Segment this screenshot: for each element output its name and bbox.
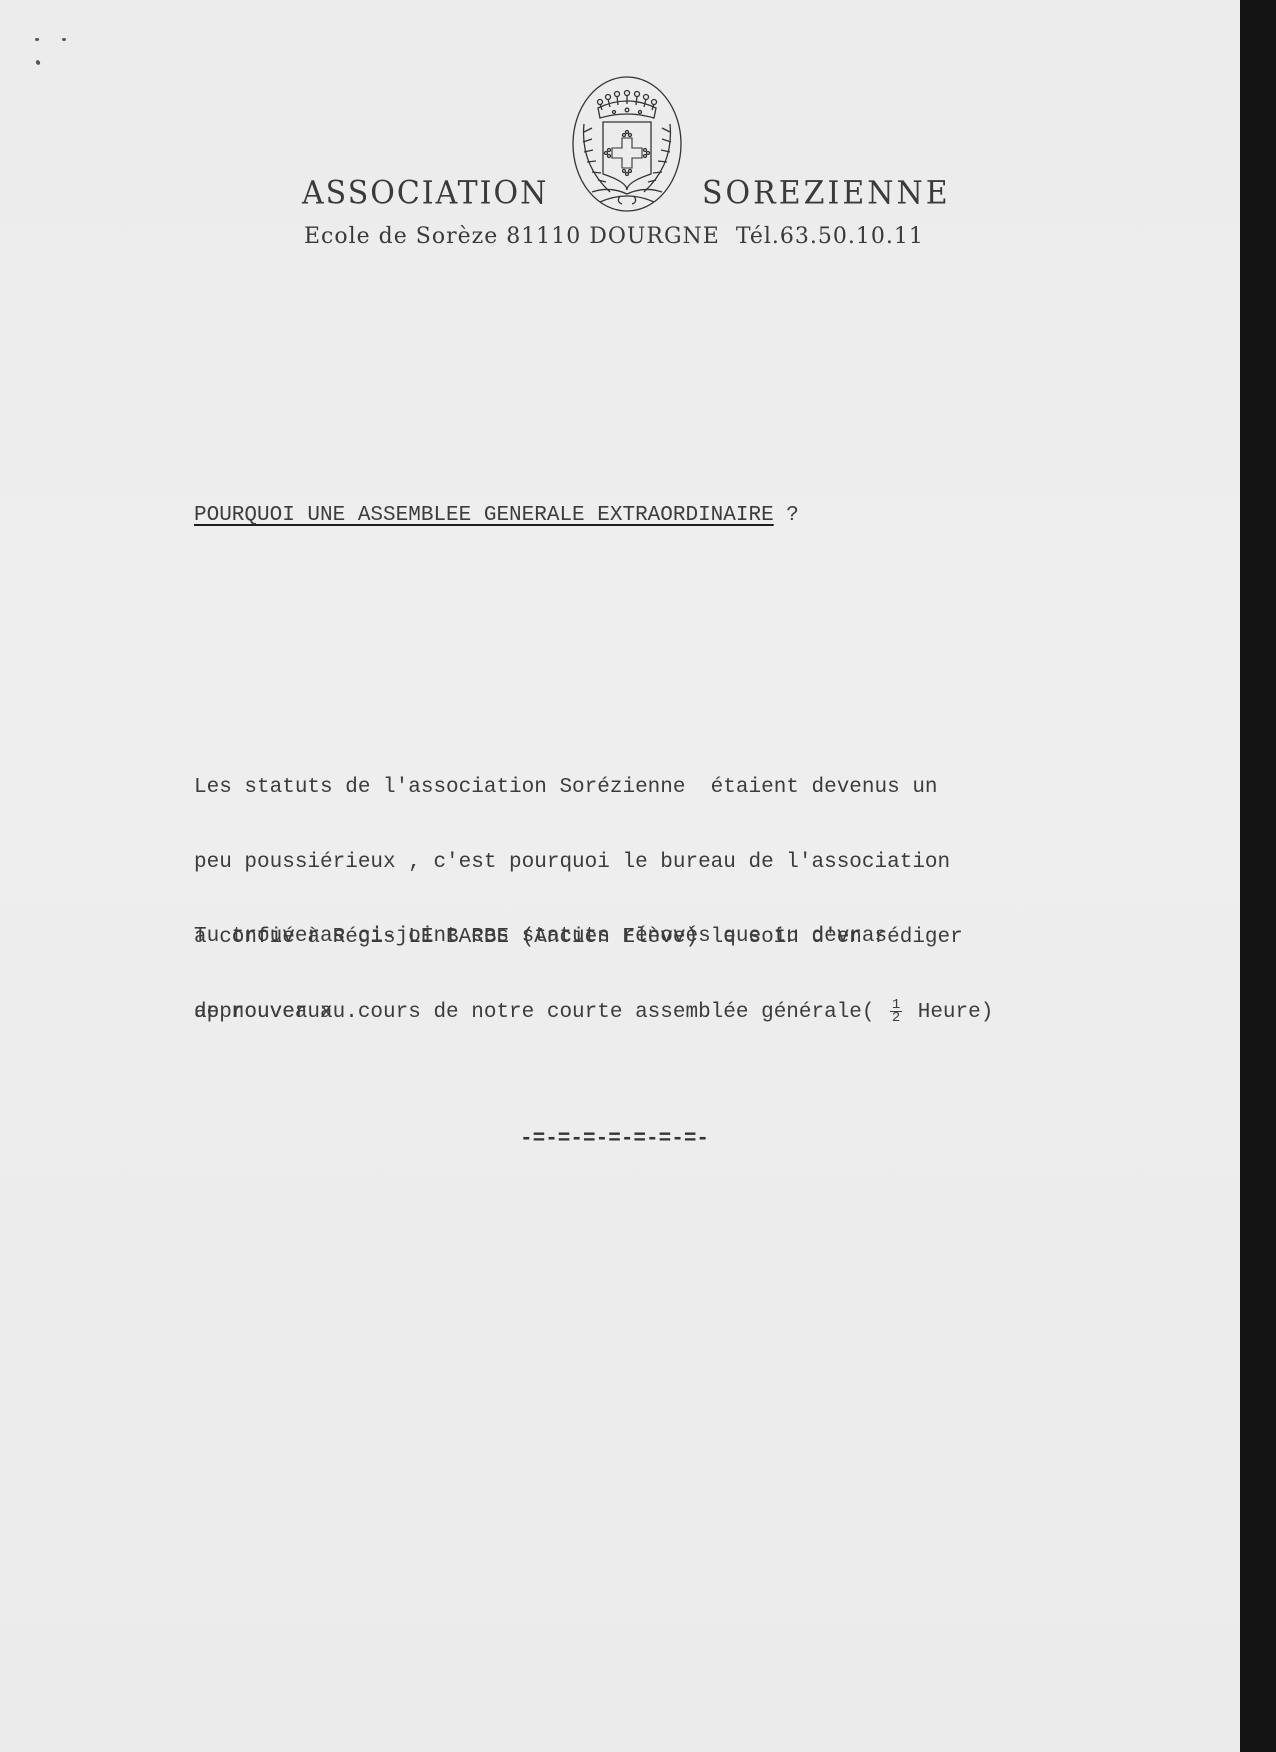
scanner-border <box>1240 0 1276 1752</box>
coat-of-arms-emblem-icon <box>570 74 684 214</box>
line-suffix: Heure) <box>905 1001 993 1024</box>
fraction-denominator: 2 <box>887 1012 905 1024</box>
scanned-page: ASSOCIATION SOREZIENNE Ecole de Sorèze 8… <box>0 0 1240 1752</box>
half-fraction: 12 <box>887 999 905 1024</box>
organization-name-right: SOREZIENNE <box>702 175 951 213</box>
organization-address: Ecole de Sorèze 81110 DOURGNE Tél.63.50.… <box>304 222 924 252</box>
line-prefix: approuver au cours de notre courte assem… <box>194 1001 887 1024</box>
organization-name-left: ASSOCIATION <box>302 175 548 213</box>
separator-line: -=-=-=-=-=-=-=- <box>520 1128 709 1151</box>
paragraph-line: peu poussiérieux , c'est pourquoi le bur… <box>194 850 963 875</box>
paragraph-line: Les statuts de l'association Sorézienne … <box>194 775 963 800</box>
letterhead: ASSOCIATION SOREZIENNE Ecole de Sorèze 8… <box>0 0 1240 260</box>
paragraph-approval: Tu trouveras ci-joint ces statuts rénové… <box>194 874 993 1075</box>
document-title: POURQUOI UNE ASSEMBLEE GENERALE EXTRAORD… <box>194 502 799 530</box>
paragraph-line: approuver au cours de notre courte assem… <box>194 999 993 1025</box>
document-title-text: POURQUOI UNE ASSEMBLEE GENERALE EXTRAORD… <box>194 504 774 527</box>
paragraph-line: Tu trouveras ci-joint ces statuts rénové… <box>194 924 993 949</box>
document-title-suffix: ? <box>774 504 799 527</box>
